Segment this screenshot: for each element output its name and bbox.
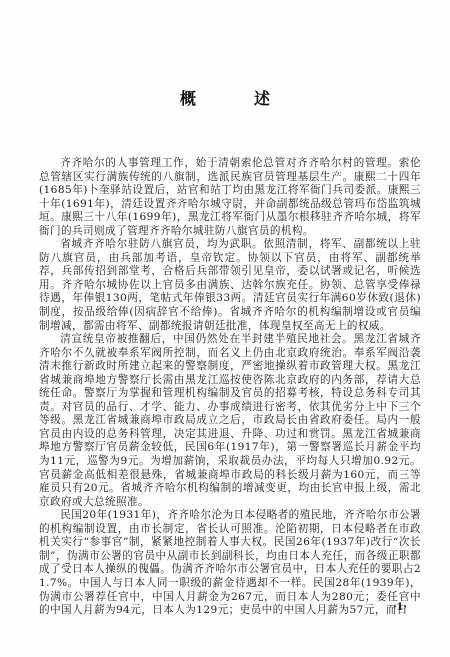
paragraph-3: 清宣统皇帝被推翻后，中国仍然处在半封建半殖民地社会。黑龙江省城齐齐哈尔不久就被奉… (39, 333, 421, 509)
page-number: ·1· (393, 602, 407, 613)
title-char-1: 概 (180, 86, 196, 109)
body-text: 齐齐哈尔的人事管理工作，始于清朝索伦总管对齐齐哈尔村的管理。索伦总管辖区实行满族… (39, 157, 421, 618)
page-title: 概述 (0, 86, 450, 109)
paragraph-2: 省城齐齐哈尔驻防八旗官员，均为武职。依照清制，将军、副都统以上驻防八旗官员，由兵… (39, 238, 421, 333)
title-char-2: 述 (254, 86, 270, 109)
paragraph-1: 齐齐哈尔的人事管理工作，始于清朝索伦总管对齐齐哈尔村的管理。索伦总管辖区实行满族… (39, 157, 421, 238)
paragraph-4: 民国20年(1931年)，齐齐哈尔沦为日本侵略者的殖民地，齐齐哈尔市公署的机构编… (39, 509, 421, 617)
document-page: 概述 齐齐哈尔的人事管理工作，始于清朝索伦总管对齐齐哈尔村的管理。索伦总管辖区实… (0, 0, 450, 657)
